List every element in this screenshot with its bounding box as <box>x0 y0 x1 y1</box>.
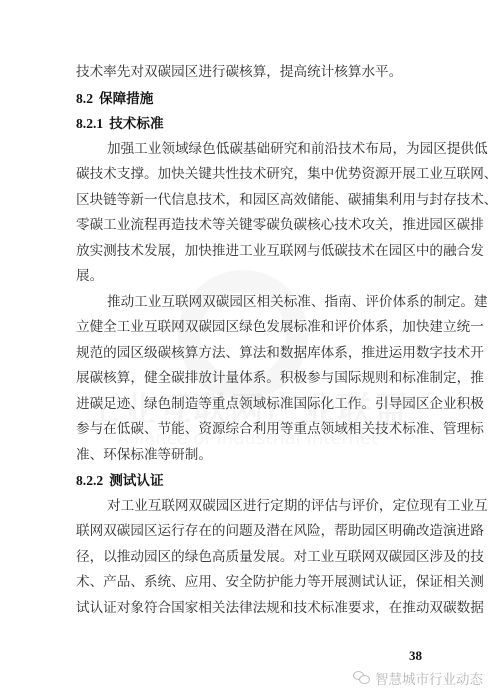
text-line: 零碳工业流程再造技术等关键零碳负碳核心技术攻关，推进园区碳排 <box>76 213 422 239</box>
text-line: 联网双碳园区运行存在的问题及潜在风险，帮助园区明确改造演进路 <box>76 519 422 545</box>
section-heading-8-2: 8.2保障措施 <box>76 86 422 112</box>
text-line: 对工业互联网双碳园区进行定期的评估与评价，定位现有工业互 <box>76 494 422 520</box>
paragraph-testing-certification: 对工业互联网双碳园区进行定期的评估与评价，定位现有工业互 联网双碳园区运行存在的… <box>76 494 422 622</box>
text-line: 术、产品、系统、应用、安全防护能力等开展测试认证，保证相关测 <box>76 570 422 596</box>
text-line: 规范的园区级碳核算方法、算法和数据库体系，推进运用数字技术开 <box>76 341 422 367</box>
section-title: 技术标准 <box>109 116 163 132</box>
text-line: 径，以推动园区的绿色高质量发展。对工业互联网双碳园区涉及的技 <box>76 545 422 571</box>
section-heading-8-2-1: 8.2.1技术标准 <box>76 111 422 137</box>
text-line: 进碳足迹、绿色制造等重点领域标准国际化工作。引导园区企业积极 <box>76 392 422 418</box>
paragraph-tech-standards-1: 加强工业领域绿色低碳基础研究和前沿技术布局，为园区提供低 碳技术支撑。加快关键共… <box>76 137 422 290</box>
text-line: 放实测技术发展，加快推进工业互联网与低碳技术在园区中的融合发 <box>76 239 422 265</box>
document-page: 技术率先对双碳园区进行碳核算，提高统计核算水平。 8.2保障措施 8.2.1技术… <box>76 60 422 621</box>
text-line: 碳技术支撑。加快关键共性技术研究，集中优势资源开展工业互联网、 <box>76 162 422 188</box>
text-line: 试认证对象符合国家相关法律法规和技术标准要求，在推动双碳数据 <box>76 596 422 622</box>
section-heading-8-2-2: 8.2.2测试认证 <box>76 468 422 494</box>
section-title: 测试认证 <box>109 473 163 489</box>
source-badge: 智慧城市行业动态 <box>353 668 483 688</box>
section-title: 保障措施 <box>99 91 153 107</box>
text-line: 推动工业互联网双碳园区相关标准、指南、评价体系的制定。建 <box>76 290 422 316</box>
text-line: 立健全工业互联网双碳园区绿色发展标准和评价体系，加快建立统一 <box>76 315 422 341</box>
page-number: 38 <box>0 648 422 664</box>
section-number: 8.2.1 <box>76 116 103 131</box>
text-line: 加强工业领域绿色低碳基础研究和前沿技术布局，为园区提供低 <box>76 137 422 163</box>
text-line: 展。 <box>76 264 422 290</box>
text-line: 展碳核算，健全碳排放计量体系。积极参与国际规则和标准制定，推 <box>76 366 422 392</box>
text-line: 参与在低碳、节能、资源综合利用等重点领域相关技术标准、管理标 <box>76 417 422 443</box>
text-line: 区块链等新一代信息技术，和园区高效储能、碳捕集利用与封存技术、 <box>76 188 422 214</box>
section-number: 8.2.2 <box>76 473 103 488</box>
text-line: 准、环保标准等研制。 <box>76 443 422 469</box>
section-number: 8.2 <box>76 91 93 106</box>
paragraph-tech-standards-2: 推动工业互联网双碳园区相关标准、指南、评价体系的制定。建 立健全工业互联网双碳园… <box>76 290 422 469</box>
opening-line: 技术率先对双碳园区进行碳核算，提高统计核算水平。 <box>76 60 422 86</box>
source-label: 智慧城市行业动态 <box>375 668 483 688</box>
wechat-icon <box>353 671 371 685</box>
